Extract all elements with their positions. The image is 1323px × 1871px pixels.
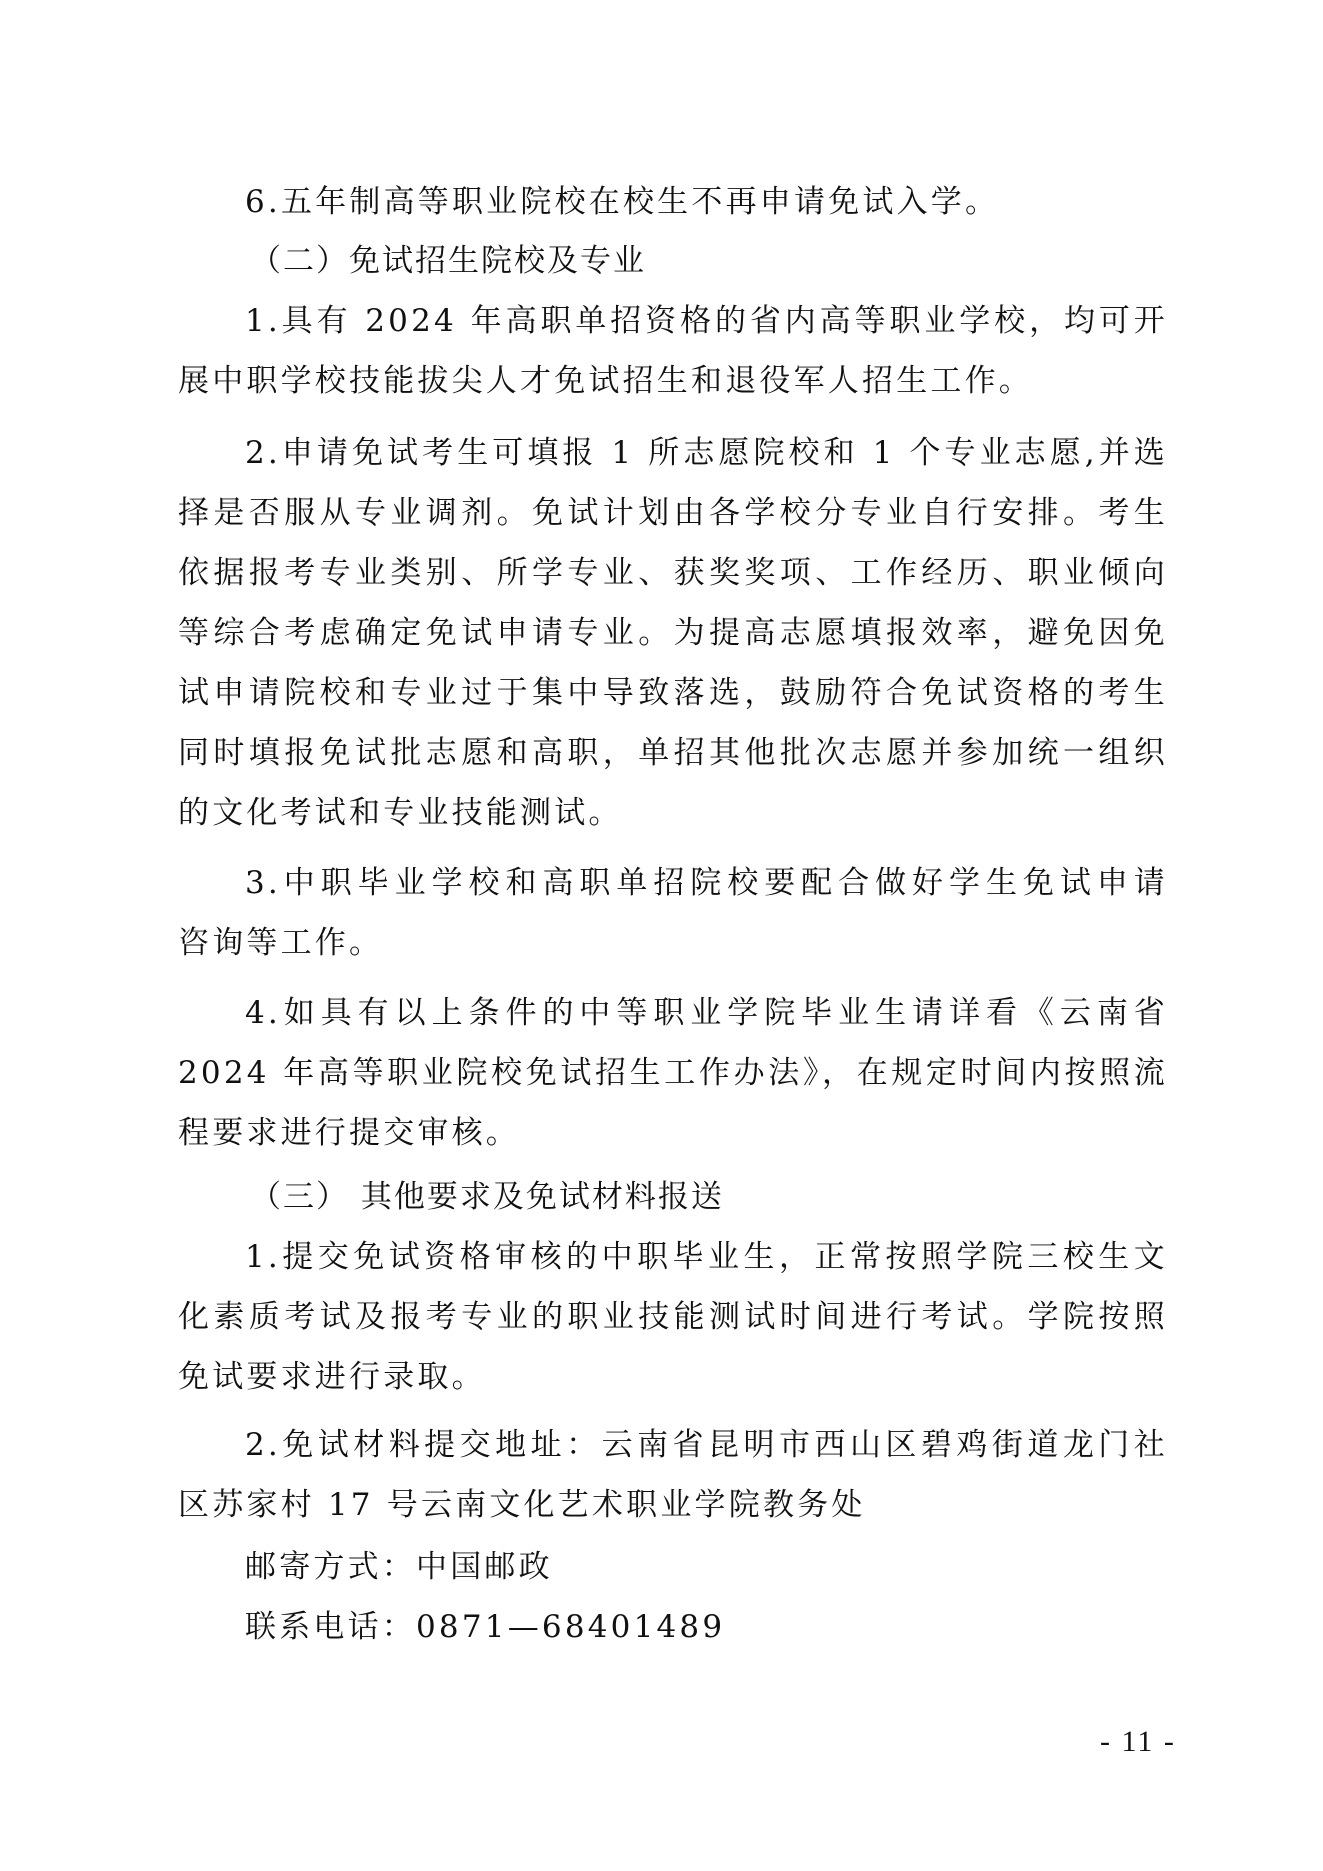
text-line: 的文化考试和专业技能测试。 [178,788,1168,838]
text-line: 联系电话：0871—68401489 [245,1602,1235,1652]
text-line: 3.中职毕业学校和高职单招院校要配合做好学生免试申请 [245,858,1168,908]
text-line: 6.五年制高等职业院校在校生不再申请免试入学。 [245,177,1235,227]
text-line: 择是否服从专业调剂。免试计划由各学校分专业自行安排。考生 [178,488,1168,538]
page-number: - 11 - [1100,1722,1176,1762]
text-line: 免试要求进行录取。 [178,1352,1168,1402]
section-heading: （三） 其他要求及免试材料报送 [250,1172,1240,1222]
section-heading: （二）免试招生院校及专业 [250,236,1240,286]
text-line: 化素质考试及报考专业的职业技能测试时间进行考试。学院按照 [178,1292,1168,1342]
text-line: 程要求进行提交审核。 [178,1108,1168,1158]
text-line: 2024 年高等职业院校免试招生工作办法》，在规定时间内按照流 [178,1048,1168,1098]
text-line: 同时填报免试批志愿和高职，单招其他批次志愿并参加统一组织 [178,728,1168,778]
text-line: 1.具有 2024 年高职单招资格的省内高等职业学校，均可开 [245,296,1168,346]
text-line: 1.提交免试资格审核的中职毕业生，正常按照学院三校生文 [245,1232,1168,1282]
text-line: 等综合考虑确定免试申请专业。为提高志愿填报效率，避免因免 [178,608,1168,658]
text-line: 试申请院校和专业过于集中导致落选，鼓励符合免试资格的考生 [178,668,1168,718]
text-line: 区苏家村 17 号云南文化艺术职业学院教务处 [178,1480,1168,1530]
text-line: 2.免试材料提交地址：云南省昆明市西山区碧鸡街道龙门社 [245,1420,1168,1470]
text-line: 4.如具有以上条件的中等职业学院毕业生请详看《云南省 [245,988,1168,1038]
text-line: 咨询等工作。 [178,918,1168,968]
text-line: 2.申请免试考生可填报 1 所志愿院校和 1 个专业志愿,并选 [245,428,1168,478]
document-page: 6.五年制高等职业院校在校生不再申请免试入学。（二）免试招生院校及专业1.具有 … [0,0,1323,1871]
text-line: 依据报考专业类别、所学专业、获奖奖项、工作经历、职业倾向 [178,548,1168,598]
text-line: 邮寄方式：中国邮政 [245,1542,1235,1592]
text-line: 展中职学校技能拔尖人才免试招生和退役军人招生工作。 [178,356,1168,406]
